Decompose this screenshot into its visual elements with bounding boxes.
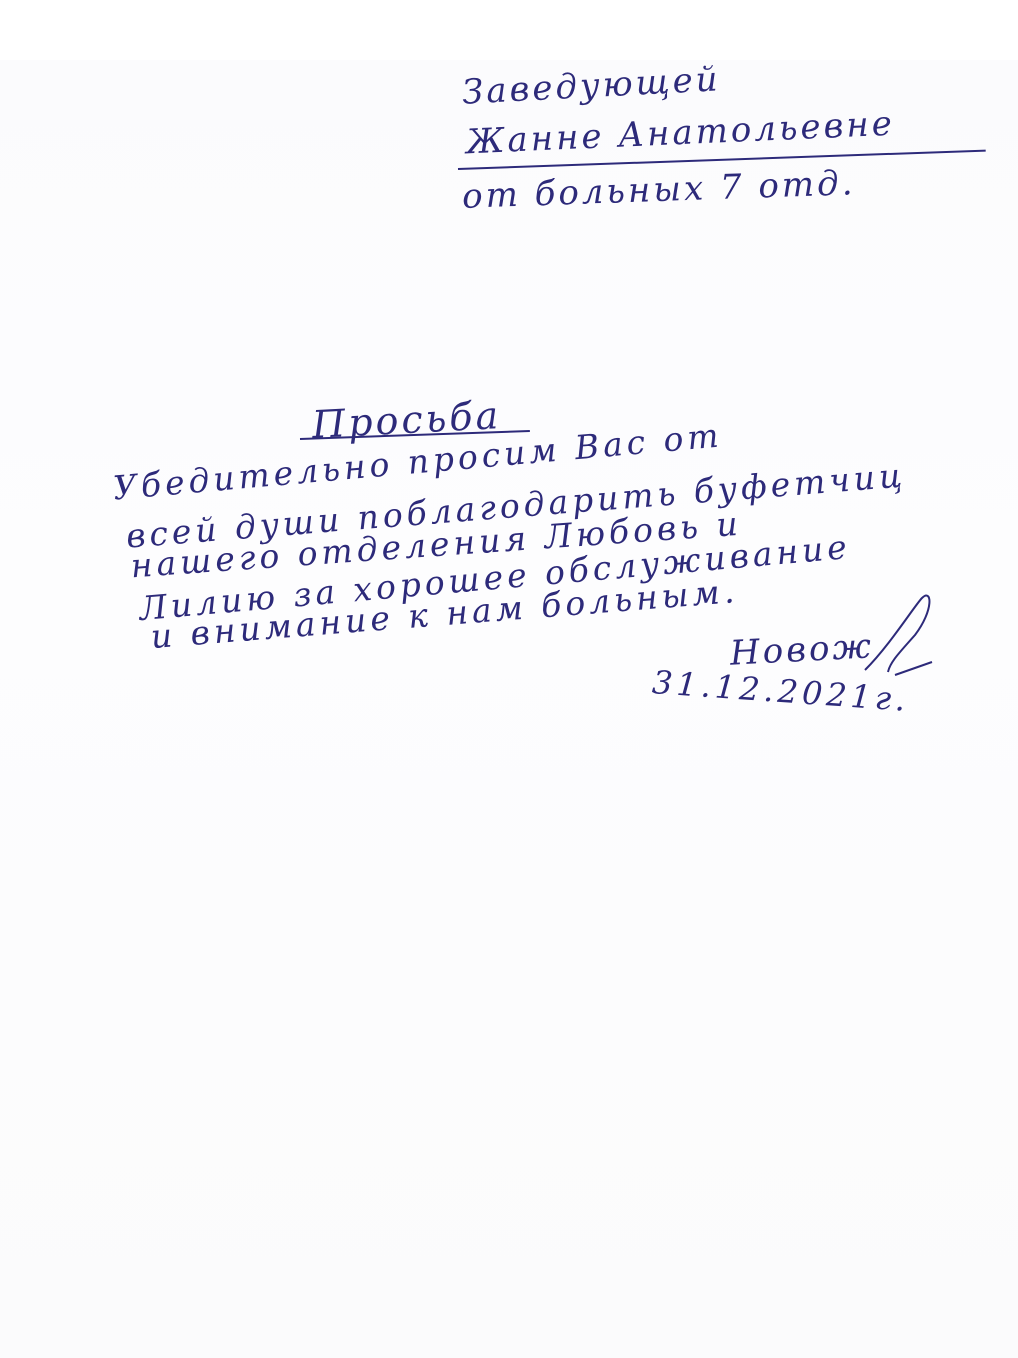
signature-flourish-icon [860,590,935,680]
signature: Новож [729,626,875,673]
